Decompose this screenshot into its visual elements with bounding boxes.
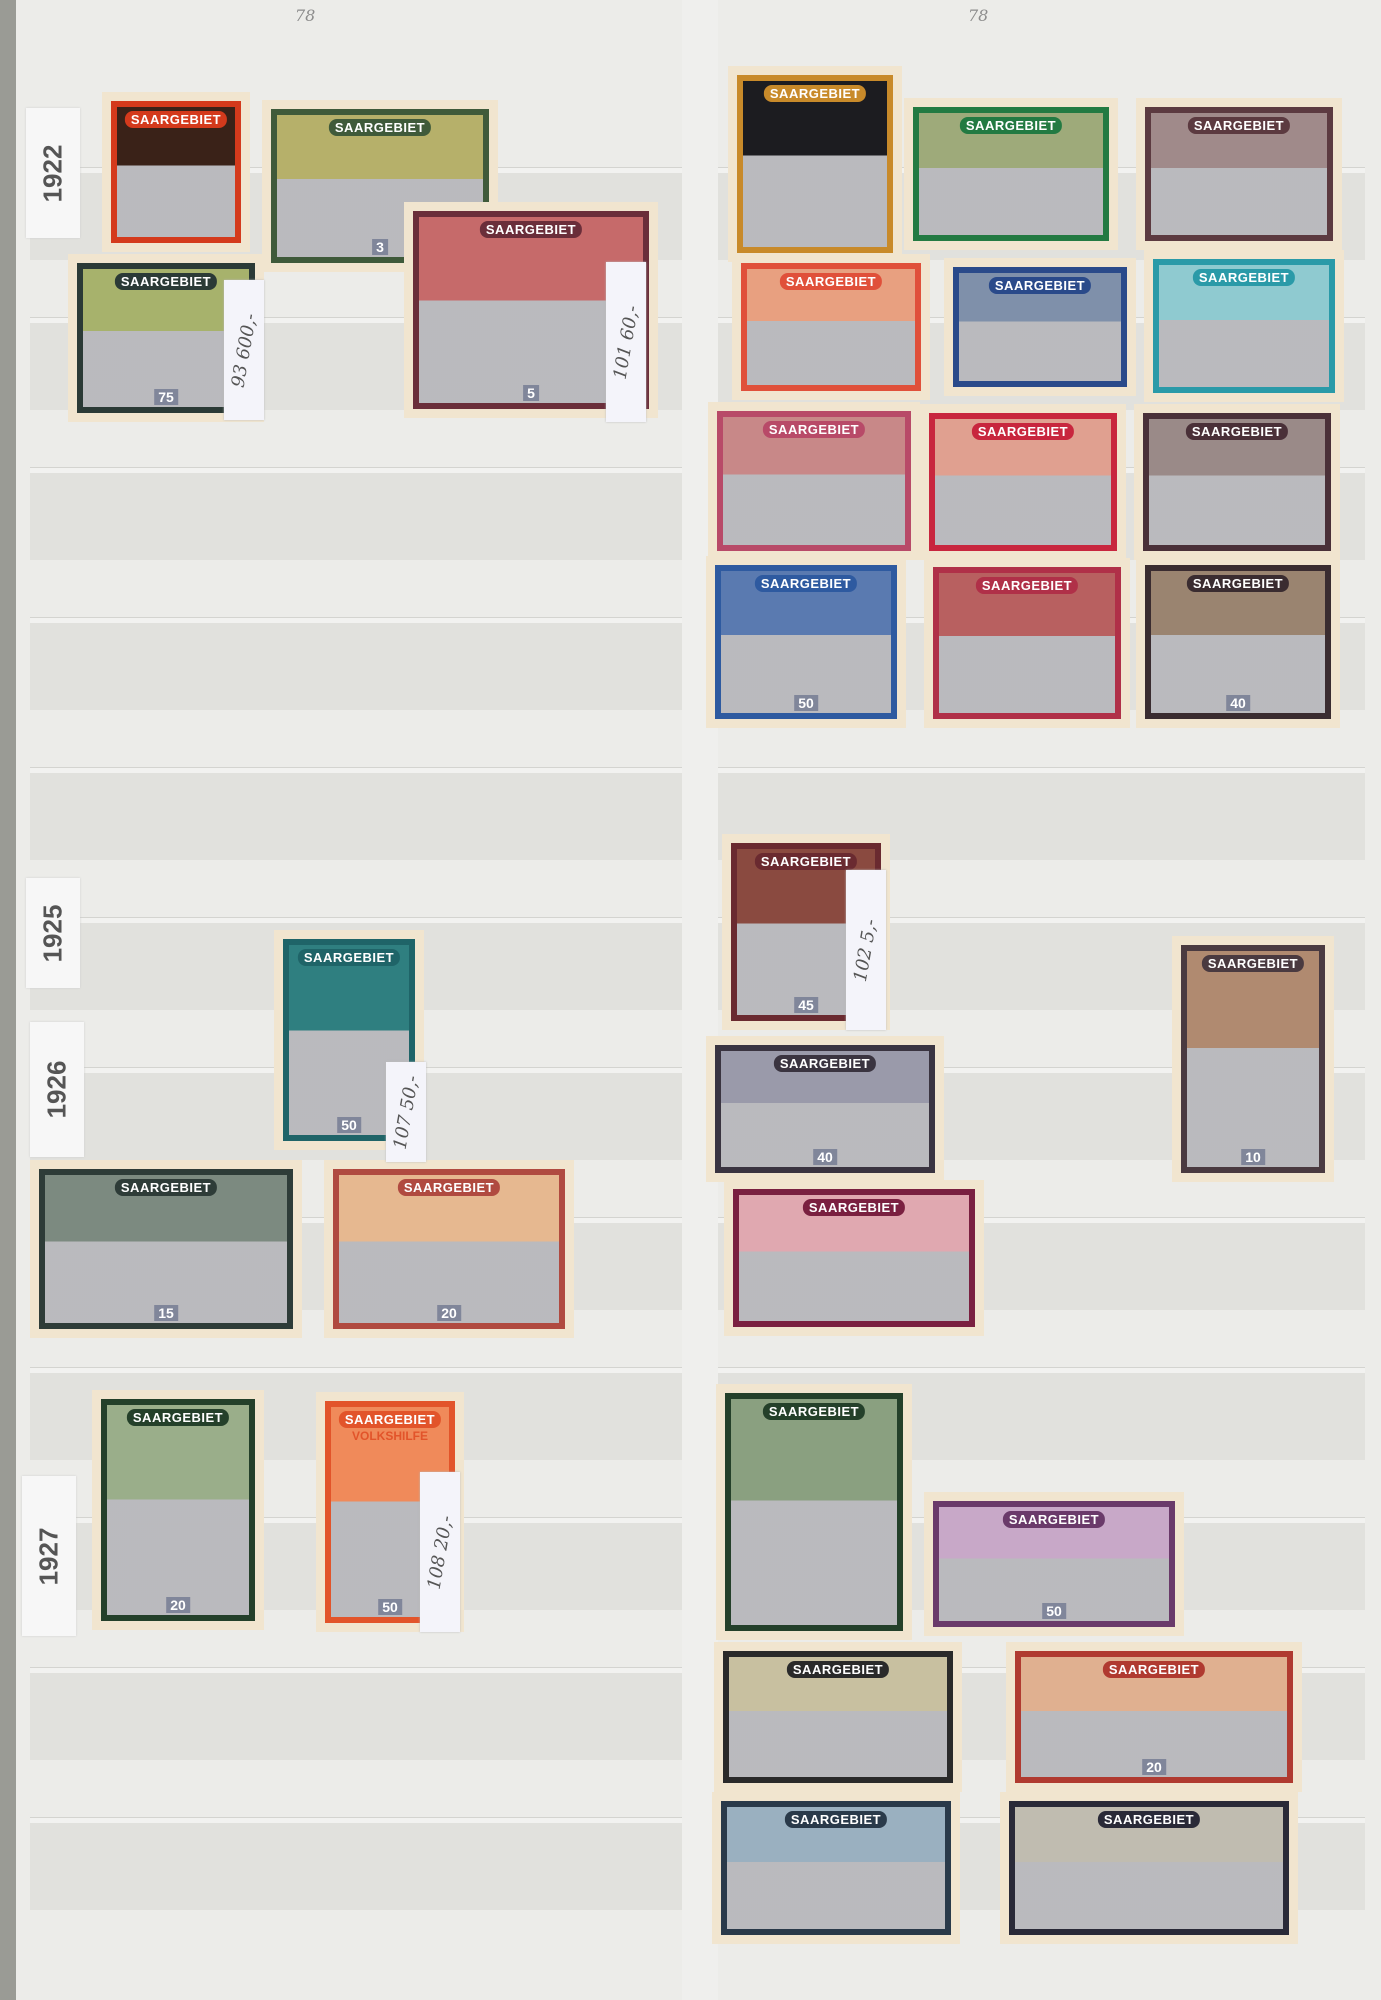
stamp: SAARGEBIET 20 [92,1390,264,1630]
stamp-title: SAARGEBIET [398,1179,500,1196]
stamp-title: SAARGEBIET [989,277,1091,294]
stockbook-strip [30,618,682,710]
stamp-frame: SAARGEBIET [111,101,241,243]
stamp: SAARGEBIET [732,254,930,400]
stamp-frame: SAARGEBIET [913,107,1109,241]
stamp: SAARGEBIET [1144,250,1344,402]
stamp: SAARGEBIET [724,1180,984,1336]
year-label: 1926 [30,1022,84,1157]
stamp-title: SAARGEBIET [127,1409,229,1426]
stamp-value: 75 [154,389,178,405]
stamp: SAARGEBIET [1000,1792,1298,1944]
stockbook-strip [30,1668,682,1760]
stamp: SAARGEBIET [944,258,1136,396]
stamp: SAARGEBIET 15 [30,1160,302,1338]
stamp-value: 5 [523,385,539,401]
stamp-frame: SAARGEBIET [733,1189,975,1327]
stamp-value: 50 [337,1117,361,1133]
stamp: SAARGEBIET [1134,404,1340,560]
stockbook-strip [30,1818,682,1910]
stamp-title: SAARGEBIET [755,853,857,870]
stamp-value: 15 [154,1305,178,1321]
stamp-frame: SAARGEBIET 10 [1181,945,1325,1173]
stamp-frame: SAARGEBIET [1009,1801,1289,1935]
price-tag: 93 600,- [224,280,264,420]
stamp-title: SAARGEBIET [763,421,865,438]
stamp-frame: SAARGEBIET [1145,107,1333,241]
stamp-title: SAARGEBIET [1003,1511,1105,1528]
stockbook-strip [30,468,682,560]
stamp-value: 40 [813,1149,837,1165]
stamp-frame: SAARGEBIET 15 [39,1169,293,1329]
stamp-value: 50 [378,1599,402,1615]
stamp-title: SAARGEBIET [1188,117,1290,134]
stamp-title: SAARGEBIET [972,423,1074,440]
stamp-title: SAARGEBIET [115,273,217,290]
stamp-frame: SAARGEBIET [1153,259,1335,393]
stamp-title: SAARGEBIET [763,1403,865,1420]
stamp-value: 45 [794,997,818,1013]
stockbook-strip [30,768,682,860]
stamp-value: 20 [1142,1759,1166,1775]
stamp-title: SAARGEBIET [125,111,227,128]
stamp: SAARGEBIET [924,558,1130,728]
stamp-title: SAARGEBIET [803,1199,905,1216]
stamp-frame: SAARGEBIET [717,411,911,551]
price-tag: 101 60,- [606,262,646,422]
stamp: SAARGEBIET [728,66,902,262]
stamp-frame: SAARGEBIET 20 [1015,1651,1293,1783]
stamp-title: SAARGEBIET [1186,423,1288,440]
stamp-title: SAARGEBIET [755,575,857,592]
stamp-title: SAARGEBIET [1187,575,1289,592]
stamp-title: SAARGEBIET [764,85,866,102]
stamp: SAARGEBIET [712,1792,960,1944]
stamp: SAARGEBIET 50 [924,1492,1184,1636]
stamp-value: 50 [1042,1603,1066,1619]
stamp-frame: SAARGEBIET [741,263,921,391]
stamp-value: 3 [372,239,388,255]
stamp: SAARGEBIET 20 [324,1160,574,1338]
stamp-title: SAARGEBIET [1193,269,1295,286]
stamp-value: 50 [794,695,818,711]
stamp-title: SAARGEBIET [1103,1661,1205,1678]
stamp-title: SAARGEBIET [976,577,1078,594]
stamp: SAARGEBIET [920,404,1126,560]
stamp: SAARGEBIET [716,1384,912,1640]
stamp-frame: SAARGEBIET [723,1651,953,1783]
stamp-title: SAARGEBIET [115,1179,217,1196]
stamp-frame: SAARGEBIET 20 [333,1169,565,1329]
stamp-frame: SAARGEBIET [1143,413,1331,551]
stamp: SAARGEBIET [904,98,1118,250]
stamp-value: 20 [166,1597,190,1613]
stamp-frame: SAARGEBIET 20 [101,1399,255,1621]
stamp-frame: SAARGEBIET [737,75,893,253]
stamp-value: 20 [437,1305,461,1321]
pencil-mark: 78 [968,6,988,25]
year-label: 1925 [26,878,80,988]
stamp: SAARGEBIET [714,1642,962,1792]
stamp: SAARGEBIET 50 [706,556,906,728]
stamp-title: SAARGEBIET [339,1411,441,1428]
stamp-title: SAARGEBIET [774,1055,876,1072]
price-tag: 108 20,- [420,1472,460,1632]
price-tag: 107 50,- [386,1062,426,1162]
stamp-frame: SAARGEBIET [933,567,1121,719]
stamp: SAARGEBIET 20 [1006,1642,1302,1792]
stamp-title: SAARGEBIET [960,117,1062,134]
stamp-frame: SAARGEBIET 50 [933,1501,1175,1627]
stamp-frame: SAARGEBIET 40 [1145,565,1331,719]
pencil-mark: 78 [295,6,315,25]
stamp-title: SAARGEBIET [329,119,431,136]
year-label: 1922 [26,108,80,238]
year-label: 1927 [22,1476,76,1636]
stamp-frame: SAARGEBIET 50 [715,565,897,719]
stamp-title: SAARGEBIET [480,221,582,238]
stamp-frame: SAARGEBIET [953,267,1127,387]
stamp-title: SAARGEBIET [787,1661,889,1678]
stamp-subtitle: VOLKSHILFE [352,1429,428,1443]
stamp: SAARGEBIET 40 [1136,556,1340,728]
stamp-frame: SAARGEBIET [725,1393,903,1631]
stamp-frame: SAARGEBIET [721,1801,951,1935]
book-spine [0,0,16,2000]
stamp: SAARGEBIET [102,92,250,252]
stamp-value: 10 [1241,1149,1265,1165]
stamp: SAARGEBIET 10 [1172,936,1334,1182]
stamp: SAARGEBIET 40 [706,1036,944,1182]
stamp-title: SAARGEBIET [780,273,882,290]
stamp-title: SAARGEBIET [785,1811,887,1828]
stamp: SAARGEBIET [708,402,920,560]
page-gutter [682,0,718,2000]
stamp-frame: SAARGEBIET [929,413,1117,551]
stamp-title: SAARGEBIET [1202,955,1304,972]
stamp-value: 40 [1226,695,1250,711]
stamp: SAARGEBIET [1136,98,1342,250]
price-tag: 102 5,- [846,870,886,1030]
stamp-frame: SAARGEBIET 40 [715,1045,935,1173]
stamp-title: SAARGEBIET [298,949,400,966]
stamp-title: SAARGEBIET [1098,1811,1200,1828]
